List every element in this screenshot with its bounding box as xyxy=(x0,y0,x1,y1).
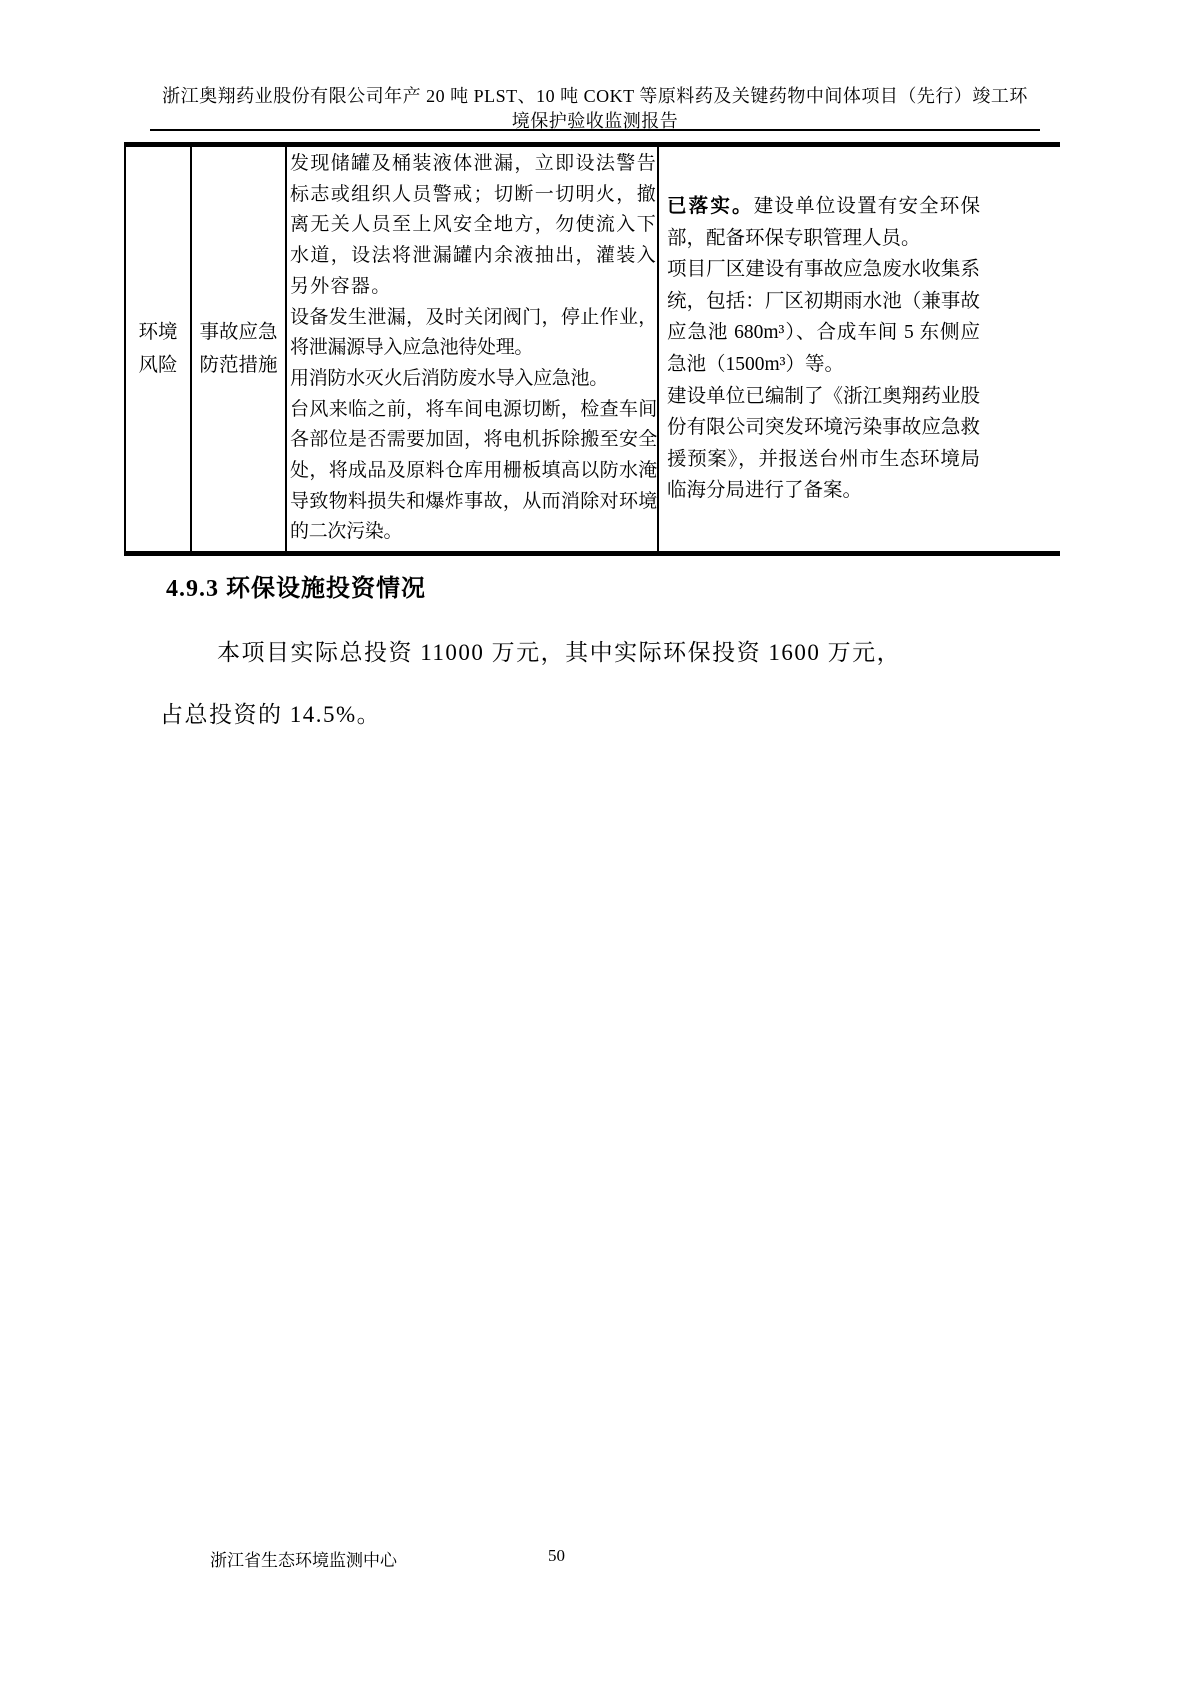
report-page: 浙江奥翔药业股份有限公司年产 20 吨 PLST、10 吨 COKT 等原料药及… xyxy=(0,0,1190,1683)
table-cell-implementation: 已落实。建设单位设置有安全环保部，配备环保专职管理人员。 项目厂区建设有事故应急… xyxy=(657,147,1060,551)
implementation-paragraph: 项目厂区建设有事故应急废水收集系统，包括：厂区初期雨水池（兼事故应急池 680m… xyxy=(667,254,980,380)
header-divider xyxy=(150,129,1040,131)
measure-paragraph: 台风来临之前，将车间电源切断，检查车间各部位是否需要加固，将电机拆除搬至安全处，… xyxy=(290,395,657,549)
measure-type-label: 事故应急 防范措施 xyxy=(199,316,277,382)
measure-paragraph: 设备发生泄漏，及时关闭阀门，停止作业，将泄漏源导入应急池待处理。 xyxy=(290,303,657,364)
table-cell-measure-type: 事故应急 防范措施 xyxy=(190,147,285,551)
status-implemented-label: 已落实。 xyxy=(667,196,754,217)
implementation-paragraph: 建设单位已编制了《浙江奥翔药业股份有限公司突发环境污染事故应急救援预案》，并报送… xyxy=(667,381,980,507)
implementation-paragraph: 已落实。建设单位设置有安全环保部，配备环保专职管理人员。 xyxy=(667,191,980,254)
page-header: 浙江奥翔药业股份有限公司年产 20 吨 PLST、10 吨 COKT 等原料药及… xyxy=(150,84,1040,134)
table-cell-category: 环境 风险 xyxy=(124,147,190,551)
table-cell-measures: 发现储罐及桶装液体泄漏，立即设法警告标志或组织人员警戒；切断一切明火，撤离无关人… xyxy=(285,147,657,551)
measure-paragraph: 用消防水灭火后消防废水导入应急池。 xyxy=(290,364,657,395)
header-title-line1: 浙江奥翔药业股份有限公司年产 20 吨 PLST、10 吨 COKT 等原料药及… xyxy=(150,84,1040,109)
footer-organization: 浙江省生态环境监测中心 xyxy=(210,1546,397,1571)
investment-paragraph: 本项目实际总投资 11000 万元，其中实际环保投资 1600 万元， 占总投资… xyxy=(160,622,1040,746)
measure-paragraph: 发现储罐及桶装液体泄漏，立即设法警告标志或组织人员警戒；切断一切明火，撤离无关人… xyxy=(290,149,657,303)
risk-measures-table: 环境 风险 事故应急 防范措施 发现储罐及桶装液体泄漏，立即设法警告标志或组织人… xyxy=(124,142,1060,556)
section-heading: 4.9.3 环保设施投资情况 xyxy=(166,568,426,603)
footer-page-number: 50 xyxy=(548,1546,565,1566)
category-label: 环境 风险 xyxy=(138,316,177,382)
